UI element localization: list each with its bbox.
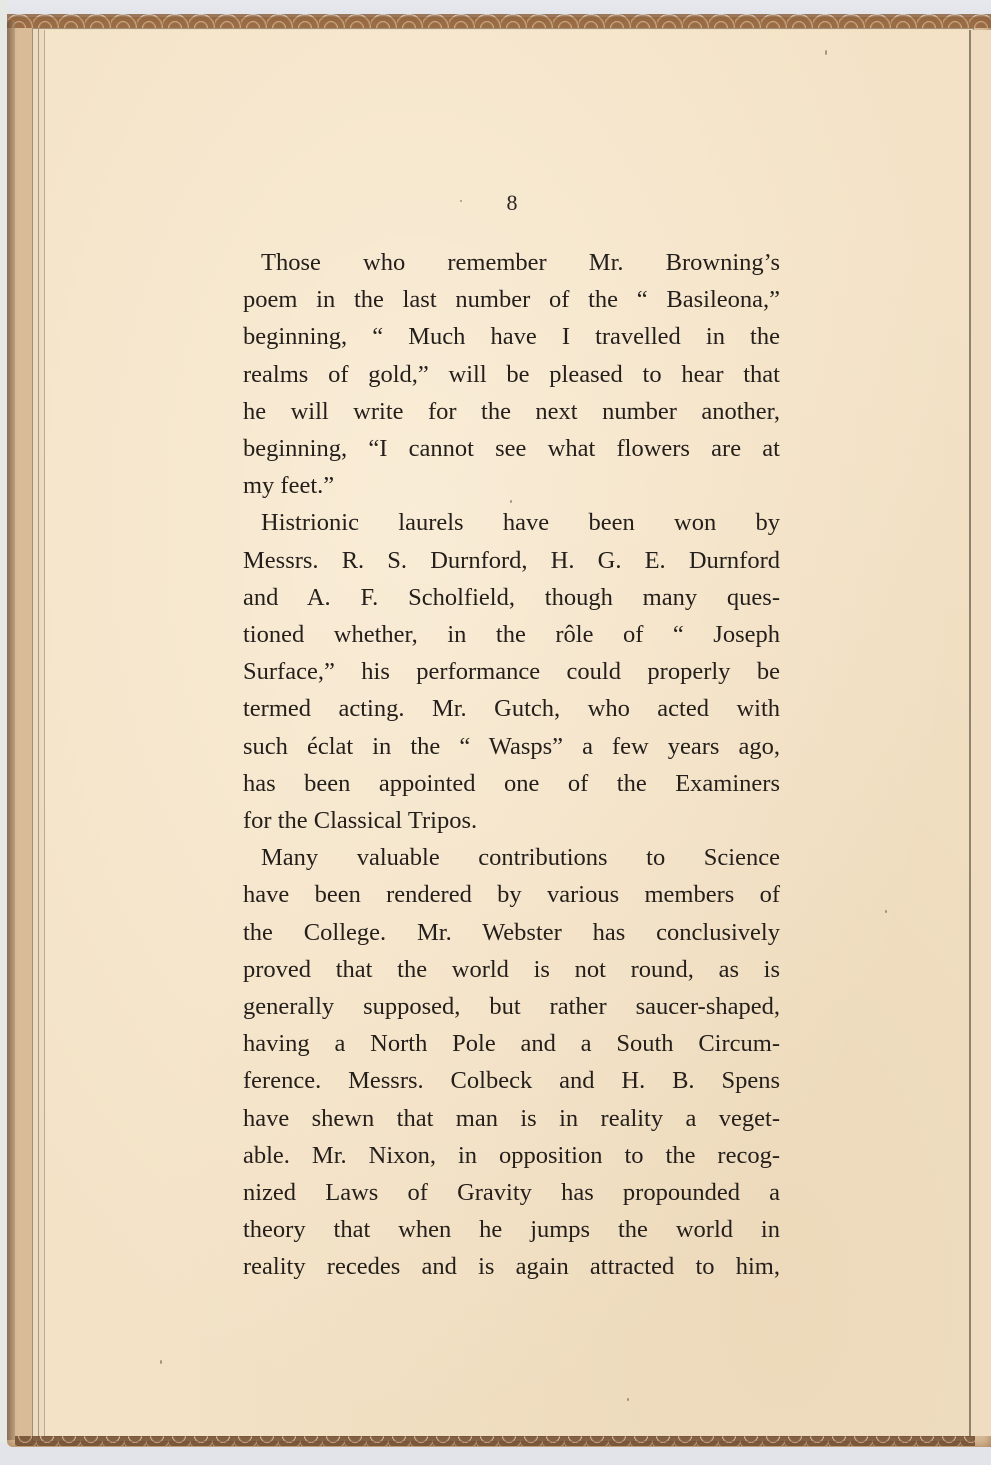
text-line: proved that the world is not round, as i…: [225, 951, 780, 988]
text-line: my feet.”: [225, 467, 780, 504]
text-line: he will write for the next number anothe…: [225, 393, 780, 430]
text-line: ference. Messrs. Colbeck and H. B. Spens: [225, 1062, 780, 1099]
text-line: nized Laws of Gravity has propounded a: [225, 1174, 780, 1211]
text-line: Many valuable contributions to Science: [243, 839, 780, 876]
text-line: reality recedes and is again attracted t…: [225, 1248, 780, 1285]
page-number: 8: [45, 190, 969, 216]
text-line: has been appointed one of the Examiners: [225, 765, 780, 802]
text-line: poem in the last number of the “ Basileo…: [225, 281, 780, 318]
text-line: theory that when he jumps the world in: [225, 1211, 780, 1248]
text-line: Those who remember Mr. Browning’s: [243, 244, 780, 281]
text-line: tioned whether, in the rôle of “ Joseph: [225, 616, 780, 653]
text-line: have shewn that man is in reality a vege…: [225, 1100, 780, 1137]
text-line: Messrs. R. S. Durnford, H. G. E. Durnfor…: [225, 542, 780, 579]
paragraph-histrionic: Histrionic laurels have been won by Mess…: [243, 504, 780, 839]
book-page: 8 Those who remember Mr. Browning’s poem…: [44, 30, 971, 1437]
paper-speck: [825, 50, 827, 55]
spine-shadow: [7, 20, 15, 1440]
paragraph-science: Many valuable contributions to Science h…: [243, 839, 780, 1285]
next-leaf-edge: [969, 30, 991, 1436]
deckled-edge-top: [7, 14, 991, 28]
paper-speck: [460, 200, 462, 202]
paper-speck: [160, 1360, 162, 1364]
text-line: having a North Pole and a South Circum-: [225, 1025, 780, 1062]
text-line: Histrionic laurels have been won by: [243, 504, 780, 541]
text-line: beginning, “I cannot see what flowers ar…: [225, 430, 780, 467]
text-line: have been rendered by various members of: [225, 876, 780, 913]
text-line: beginning, “ Much have I travelled in th…: [225, 318, 780, 355]
page-body-text: Those who remember Mr. Browning’s poem i…: [243, 244, 780, 1286]
text-line: for the Classical Tripos.: [225, 802, 780, 839]
text-line: able. Mr. Nixon, in opposition to the re…: [225, 1137, 780, 1174]
deckled-edge-bottom: [15, 1436, 975, 1446]
text-line: the College. Mr. Webster has conclusivel…: [225, 914, 780, 951]
paper-speck: [627, 1398, 629, 1401]
paper-speck: [510, 500, 512, 503]
text-line: and A. F. Scholfield, though many ques-: [225, 579, 780, 616]
text-line: realms of gold,” will be pleased to hear…: [225, 356, 780, 393]
paragraph-browning: Those who remember Mr. Browning’s poem i…: [243, 244, 780, 504]
text-line: Surface,” his performance could properly…: [225, 653, 780, 690]
text-line: such éclat in the “ Wasps” a few years a…: [225, 728, 780, 765]
text-line: termed acting. Mr. Gutch, who acted with: [225, 690, 780, 727]
text-line: generally supposed, but rather saucer-sh…: [225, 988, 780, 1025]
paper-speck: [885, 910, 887, 913]
